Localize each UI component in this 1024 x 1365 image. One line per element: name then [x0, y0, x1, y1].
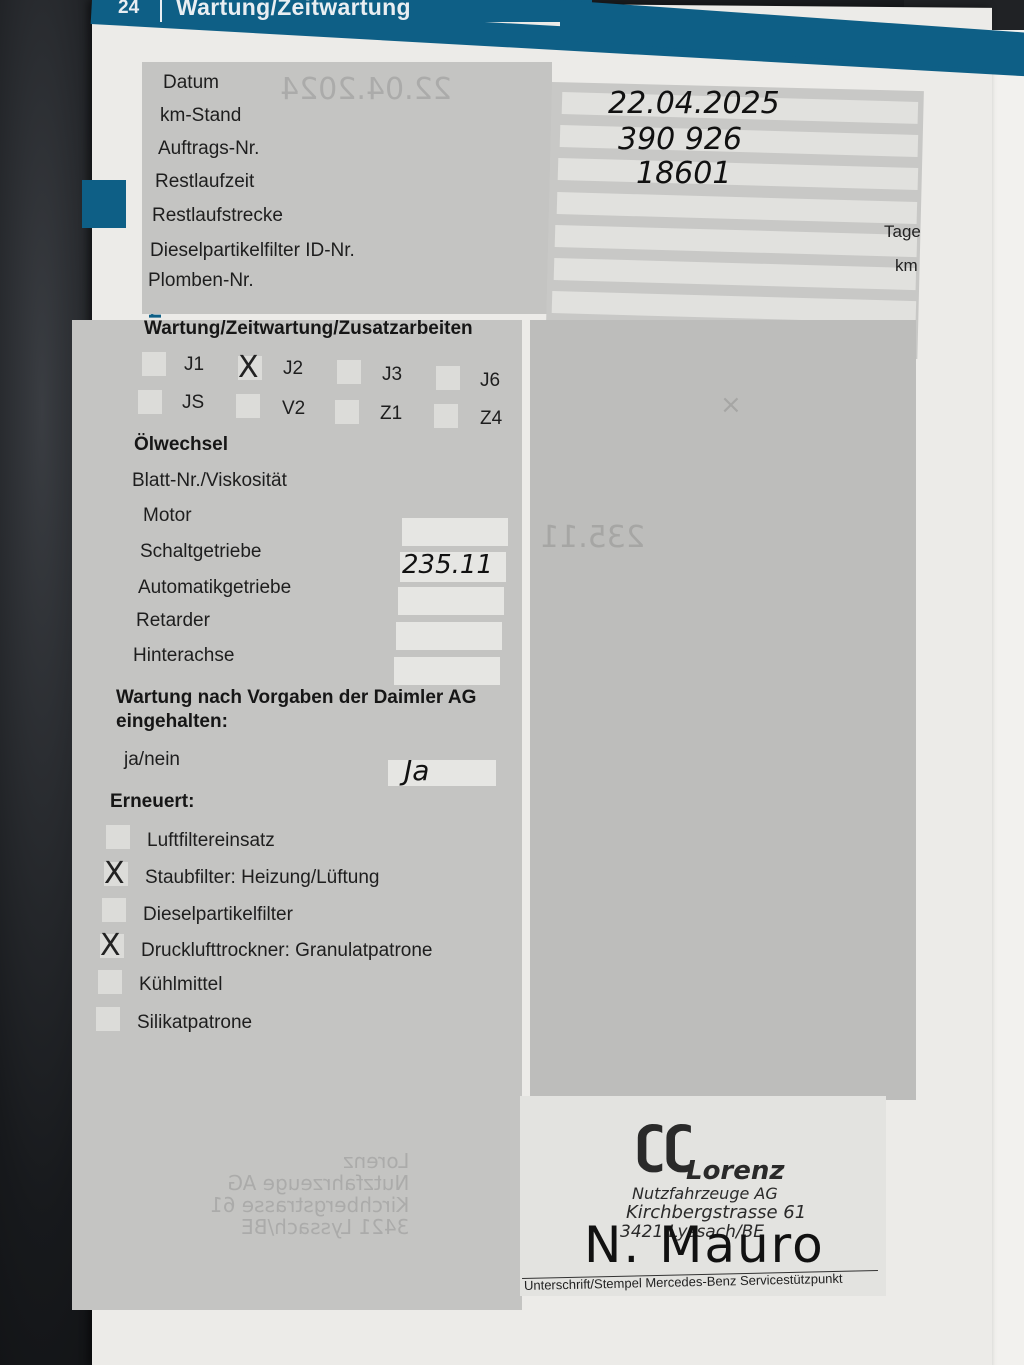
- stamp-company: Lorenz: [686, 1156, 785, 1186]
- field-label-km-stand: km-Stand: [160, 105, 241, 127]
- renewed-label-dieselpartikelfilter: Dieselpartikelfilter: [143, 904, 293, 926]
- field-label-restlaufstrecke: Restlaufstrecke: [152, 205, 283, 227]
- header-separator: [160, 0, 162, 22]
- handwritten-auftrags-nr: 18601: [636, 156, 731, 191]
- oil-field-automatikgetriebe[interactable]: [398, 587, 504, 615]
- unit-tage: Tage: [884, 222, 921, 242]
- bleed-through-text: 235.11: [540, 520, 645, 555]
- checkbox-z4[interactable]: [434, 404, 458, 428]
- checkbox-dieselpartikelfilter[interactable]: [102, 898, 126, 922]
- option-label-z1: Z1: [380, 403, 402, 425]
- option-label-j1: J1: [184, 354, 204, 376]
- oil-field-retarder[interactable]: [396, 622, 502, 650]
- option-label-z4: Z4: [480, 408, 502, 430]
- checkbox-staubfilter[interactable]: X: [104, 862, 128, 886]
- checkbox-j6[interactable]: [436, 366, 460, 390]
- check-mark-icon: X: [238, 356, 259, 380]
- checkbox-j1[interactable]: [142, 352, 166, 376]
- unit-km: km: [895, 256, 918, 276]
- stamp-line1: Nutzfahrzeuge AG: [632, 1184, 778, 1203]
- checkbox-z1[interactable]: [335, 400, 359, 424]
- checkbox-v2[interactable]: [236, 394, 260, 418]
- checkbox-drucklufttrockner[interactable]: X: [100, 934, 124, 958]
- option-label-j6: J6: [480, 370, 500, 392]
- blank-right-panel: [530, 320, 916, 1100]
- compliance-heading: Wartung nach Vorgaben der Daimler AG ein…: [116, 686, 516, 734]
- option-label-j2: J2: [283, 358, 303, 380]
- stamp-logo-icon: ʗʗ: [636, 1120, 693, 1170]
- bleed-through-stamp: LorenzNutzfahrzeuge AGKirchbergstrasse 6…: [210, 1150, 409, 1238]
- option-label-j3: J3: [382, 364, 402, 386]
- field-label-auftrags-nr: Auftrags-Nr.: [158, 138, 259, 160]
- checkbox-j2[interactable]: X: [238, 356, 262, 380]
- check-mark-icon: X: [100, 934, 121, 958]
- checkbox-luftfiltereinsatz[interactable]: [106, 825, 130, 849]
- checkbox-kuehlmittel[interactable]: [98, 970, 122, 994]
- option-label-js: JS: [182, 392, 204, 414]
- field-label-dpf-id: Dieselpartikelfilter ID-Nr.: [150, 240, 355, 262]
- handwritten-datum: 22.04.2025: [608, 86, 780, 121]
- handwritten-compliance: Ja: [404, 754, 429, 787]
- renewed-heading: Erneuert:: [110, 791, 194, 813]
- renewed-label-drucklufttrockner: Drucklufttrockner: Granulatpatrone: [141, 940, 432, 962]
- oil-label-retarder: Retarder: [136, 610, 210, 632]
- oil-label-motor: Motor: [143, 505, 192, 527]
- renewed-label-luftfiltereinsatz: Luftfiltereinsatz: [147, 830, 275, 852]
- oil-field-hinterachse[interactable]: [394, 657, 500, 685]
- field-label-restlaufzeit: Restlaufzeit: [155, 171, 254, 193]
- renewed-label-silikatpatrone: Silikatpatrone: [137, 1012, 252, 1034]
- handwritten-schaltgetriebe: 235.11: [402, 550, 493, 580]
- renewed-label-kuehlmittel: Kühlmittel: [139, 974, 222, 996]
- handwritten-signature: N. Mauro: [584, 1216, 825, 1274]
- handwritten-km-stand: 390 926: [618, 122, 742, 157]
- bleed-through-text: 22.04.2024: [280, 72, 452, 107]
- side-tab-marker: [82, 180, 126, 228]
- maintenance-heading: Wartung/Zeitwartung/Zusatzarbeiten: [144, 318, 473, 340]
- oil-label-automatikgetriebe: Automatikgetriebe: [138, 577, 291, 599]
- oil-label-schaltgetriebe: Schaltgetriebe: [140, 541, 261, 563]
- checkbox-js[interactable]: [138, 390, 162, 414]
- option-label-v2: V2: [282, 398, 305, 420]
- renewed-label-staubfilter: Staubfilter: Heizung/Lüftung: [145, 867, 380, 889]
- field-label-datum: Datum: [163, 72, 219, 94]
- check-mark-icon: X: [104, 862, 125, 886]
- checkbox-silikatpatrone[interactable]: [96, 1007, 120, 1031]
- checkbox-j3[interactable]: [337, 360, 361, 384]
- bleed-through-mark: ×: [720, 390, 742, 420]
- field-label-plomben-nr: Plomben-Nr.: [148, 270, 254, 292]
- page-number: 24: [118, 0, 139, 19]
- oil-label-hinterachse: Hinterachse: [133, 645, 234, 667]
- oil-field-motor[interactable]: [402, 518, 508, 546]
- oil-change-heading: Ölwechsel: [134, 434, 228, 456]
- page-title: Wartung/Zeitwartung: [176, 0, 411, 21]
- oil-change-subheading: Blatt-Nr./Viskosität: [132, 470, 287, 492]
- compliance-label: ja/nein: [124, 749, 180, 771]
